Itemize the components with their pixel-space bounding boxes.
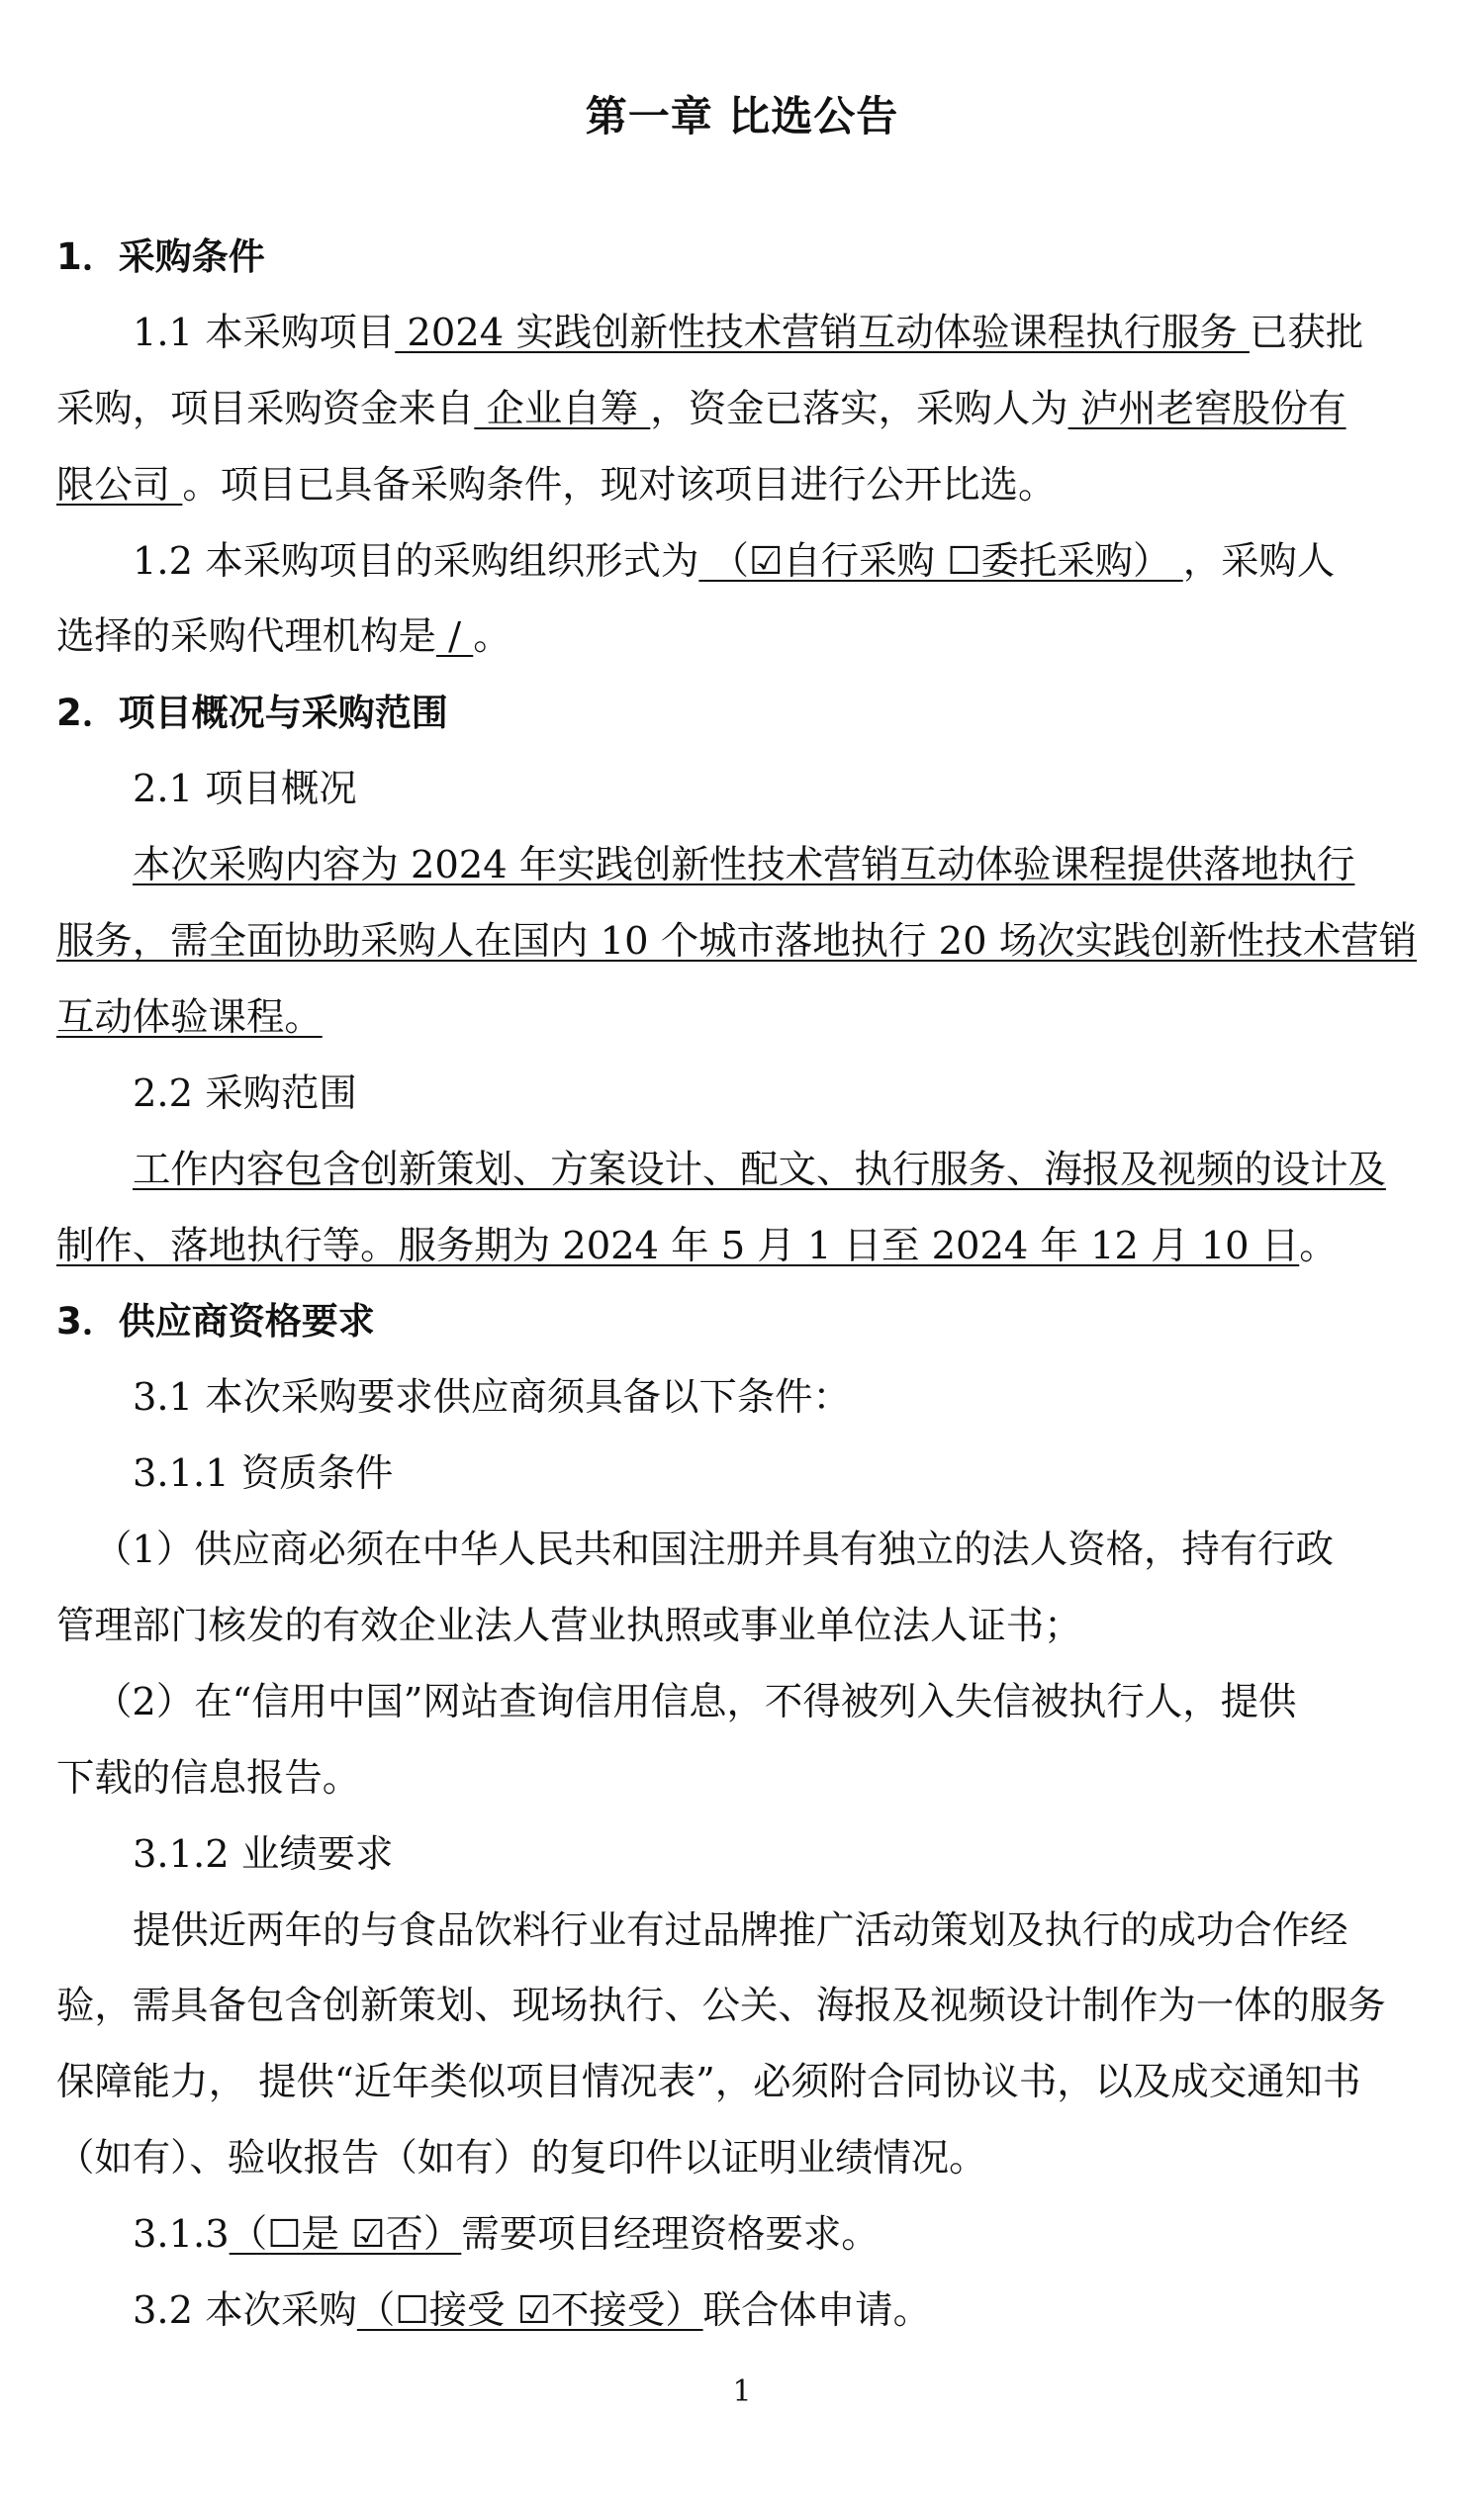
subheading-2-1: 2.1 项目概况	[56, 752, 1428, 828]
paragraph-1-1-line-3: 限公司 。项目已具备采购条件，现对该项目进行公开比选。	[56, 448, 1428, 524]
performance-line-4: （如有）、验收报告（如有）的复印件以证明业绩情况。	[56, 2121, 1428, 2197]
overview-line-2: 服务，需全面协助采购人在国内 10 个城市落地执行 20 场次实践创新性技术营销	[56, 904, 1428, 980]
subheading-3-1-2: 3.1.2 业绩要求	[56, 1817, 1428, 1894]
page-number: 1	[0, 2372, 1484, 2412]
subheading-3-1: 3.1 本次采购要求供应商须具备以下条件：	[56, 1360, 1428, 1437]
paragraph-3-2: 3.2 本次采购（☐接受 ☑不接受）联合体申请。	[56, 2274, 1428, 2350]
scope-line-1: 工作内容包含创新策划、方案设计、配文、执行服务、海报及视频的设计及	[56, 1133, 1428, 1209]
text: 联合体申请。	[703, 2288, 931, 2333]
performance-line-2: 验，需具备包含创新策划、现场执行、公关、海报及视频设计制作为一体的服务	[56, 1969, 1428, 2045]
requirement-1-line-2: 管理部门核发的有效企业法人营业执照或事业单位法人证书；	[56, 1589, 1428, 1665]
paragraph-1-1-line-2: 采购，项目采购资金来自 企业自筹 ，资金已落实，采购人为 泸州老窖股份有	[56, 372, 1428, 448]
document-body: 1．采购条件 1.1 本采购项目 2024 实践创新性技术营销互动体验课程执行服…	[56, 220, 1428, 2350]
purchaser-field: 泸州老窖股份有	[1068, 387, 1346, 431]
text: 。	[1299, 1224, 1337, 1268]
section-heading-1: 1．采购条件	[56, 220, 1428, 296]
text: 采购，项目采购资金来自	[56, 387, 474, 431]
agency-field: /	[436, 614, 473, 659]
consortium-options: （☐接受 ☑不接受）	[357, 2288, 703, 2333]
chapter-title: 第一章 比选公告	[56, 87, 1428, 146]
text: 3.1.3	[133, 2212, 230, 2257]
text: 。	[473, 614, 510, 659]
text: 。项目已具备采购条件，现对该项目进行公开比选。	[182, 463, 1056, 508]
performance-line-3: 保障能力， 提供“近年类似项目情况表”，必须附合同协议书，以及成交通知书	[56, 2045, 1428, 2121]
section-heading-2: 2．项目概况与采购范围	[56, 676, 1428, 752]
overview-line-1: 本次采购内容为 2024 年实践创新性技术营销互动体验课程提供落地执行	[56, 828, 1428, 904]
scope-line-2: 制作、落地执行等。服务期为 2024 年 5 月 1 日至 2024 年 12 …	[56, 1209, 1428, 1285]
subheading-3-1-1: 3.1.1 资质条件	[56, 1437, 1428, 1513]
text: 已获批	[1250, 311, 1363, 355]
section-heading-3: 3．供应商资格要求	[56, 1284, 1428, 1360]
paragraph-3-1-3: 3.1.3（☐是 ☑否）需要项目经理资格要求。	[56, 2197, 1428, 2274]
procurement-form-field: （☑自行采购 ☐委托采购）	[698, 539, 1182, 584]
requirement-1-line-1: （1）供应商必须在中华人民共和国注册并具有独立的法人资格，持有行政	[56, 1513, 1428, 1589]
text: 1.1 本采购项目	[133, 311, 395, 355]
text: ，采购人	[1183, 539, 1336, 584]
text: 选择的采购代理机构是	[56, 614, 436, 659]
requirement-2-line-2: 下载的信息报告。	[56, 1741, 1428, 1817]
subheading-2-2: 2.2 采购范围	[56, 1057, 1428, 1133]
text: 1.2 本采购项目的采购组织形式为	[133, 539, 698, 584]
fund-source-field: 企业自筹	[474, 387, 650, 431]
paragraph-1-2-line-1: 1.2 本采购项目的采购组织形式为 （☑自行采购 ☐委托采购） ，采购人	[56, 524, 1428, 601]
overview-line-3-text: 互动体验课程。	[56, 995, 323, 1040]
text: 3.2 本次采购	[133, 2288, 357, 2333]
text: ，资金已落实，采购人为	[650, 387, 1067, 431]
requirement-2-line-1: （2）在“信用中国”网站查询信用信息，不得被列入失信被执行人，提供	[56, 1665, 1428, 1741]
project-name-field: 2024 实践创新性技术营销互动体验课程执行服务	[395, 311, 1250, 355]
text: 需要项目经理资格要求。	[461, 2212, 879, 2257]
paragraph-1-1-line-1: 1.1 本采购项目 2024 实践创新性技术营销互动体验课程执行服务 已获批	[56, 296, 1428, 372]
paragraph-1-2-line-2: 选择的采购代理机构是 / 。	[56, 600, 1428, 676]
overview-line-3: 互动体验课程。	[56, 980, 1428, 1057]
project-manager-options: （☐是 ☑否）	[230, 2212, 462, 2257]
scope-line-2-text: 制作、落地执行等。服务期为 2024 年 5 月 1 日至 2024 年 12 …	[56, 1224, 1299, 1268]
purchaser-field-cont: 限公司	[56, 463, 182, 508]
performance-line-1: 提供近两年的与食品饮料行业有过品牌推广活动策划及执行的成功合作经	[56, 1894, 1428, 1970]
